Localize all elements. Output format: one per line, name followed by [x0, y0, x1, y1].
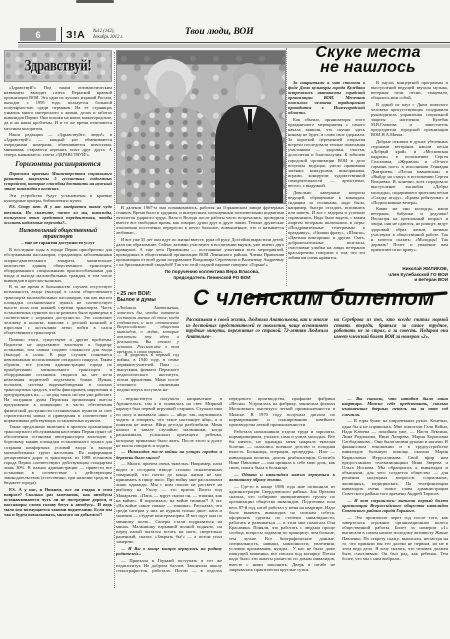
subhead-gorizonty: Горизонты расширяются — [4, 160, 112, 168]
subhead-transport-tail: – еще не гарантия доступности услуг — [4, 240, 112, 245]
kicker-line2: Былое и думы — [117, 297, 179, 303]
subhead-transport: Низкопольный общественный транспорт — [4, 228, 112, 240]
paragraph-ps2: P.S. А у нас, в Нижнем, все ли гладко в … — [4, 487, 112, 517]
signature-together: По поручению коллектива Вера Власова, пр… — [140, 269, 284, 280]
newspaper-logo: З!А — [66, 29, 85, 41]
article-bored-body: За накрытыми к чаю столами в фойе Дома к… — [288, 80, 448, 264]
masthead-banner: Здравствуй! — [4, 50, 112, 82]
article-together-body: В далеком 1967-м они познакомились, рабо… — [116, 205, 284, 268]
column-separator-right — [286, 48, 287, 286]
photo-woman-body — [125, 107, 217, 203]
interview-question: — И Вы в конце концов вернулись на родин… — [116, 546, 222, 556]
article-ticket-body: …пединститута получила направление в Арх… — [116, 396, 448, 634]
issue-info: №12 (142), декабрь 2012 г. — [93, 29, 123, 41]
paragraph: «Здравствуй!» Под таким оптимистическим … — [4, 85, 112, 131]
paragraph: Какие же они молодцы, наши ветераны, баб… — [371, 206, 448, 252]
paragraph: — И горы бумаг на широченных руках. Коне… — [342, 418, 448, 496]
paragraph: В одной из пауз с Днем пожилого человека… — [371, 102, 448, 137]
paragraph: Довольно каверзные вопросы ведущей, обра… — [288, 190, 365, 261]
paragraph-lead: За накрытыми к чаю столами в фойе Дома к… — [288, 80, 365, 115]
photo-man-face — [236, 74, 262, 107]
headline-bored-line2: не нашлось — [288, 60, 448, 75]
paragraph: Наши редакции — «Здравствуйте, люди!» и … — [4, 132, 112, 157]
interview-question-intro: «Людмила Анатольевна, хотелось бы, чтобы… — [117, 306, 179, 354]
page-number: 6 — [35, 30, 40, 40]
article-zdravstvuy: Здравствуй! «Здравствуй!» Под таким опти… — [4, 50, 112, 590]
signature-line: и ветеран ВОИ — [330, 277, 448, 283]
paragraph: Эти устройства будут установлены в краев… — [4, 193, 112, 203]
masthead-title: Здравствуй! — [25, 57, 92, 74]
paragraph: …пединститута получила направление в Арх… — [116, 396, 222, 448]
paragraph: В то же время в большинстве случаев отсу… — [4, 284, 112, 335]
interview-answer-start: — Я родилась в первый год войны, в 1940 … — [117, 352, 179, 394]
page-number-box: 6 — [20, 28, 56, 41]
column-separator-left — [114, 52, 115, 588]
interview-question: — И вот свершилось: выписан первый билет… — [342, 498, 448, 514]
paragraph: И вот уже 55 лет они идут по жизни вмест… — [116, 237, 284, 267]
paragraph: Также предложено включить в проекты орга… — [4, 424, 112, 485]
couple-photo: Вместе по жизни — [116, 50, 286, 204]
paragraph-ps: P.S. Спору нет. И у нас внедряется такое… — [4, 204, 112, 224]
paragraph: — Я родилась в первый год войны, в 1940 … — [117, 352, 179, 393]
paragraph: Помимо этого, существуют и другие пробле… — [4, 337, 112, 423]
interview-question: — Инвалидов после войны на улицах городо… — [116, 449, 222, 459]
issue-date: декабрь 2012 г. — [93, 35, 123, 41]
signature-bored: Николай ЖИЛИКОВ, член Кулебакской ГО ВОИ… — [330, 266, 448, 283]
interview-question: — Вы сказали, что штабом была ваша кварт… — [342, 396, 448, 417]
paragraph: Как обычно, организаторы этого праздничн… — [288, 117, 365, 188]
headline-bored-line1: Скуке места — [288, 45, 448, 60]
interview-question: — Однако и инвалидам важно вернуться к а… — [229, 472, 335, 482]
kicker-25-let-voi: • 25 лет ВОИ: Былое и думы — [117, 291, 179, 304]
paragraph: — Много, причем очень тяжелых. Например,… — [116, 461, 222, 544]
header-divider — [61, 27, 62, 42]
signature-line: председатель Ленинской РО ВОИ — [140, 275, 284, 281]
paragraph: В далеком 1967-м они познакомились, рабо… — [116, 205, 284, 235]
photo-man-tie — [248, 109, 252, 130]
paragraph-lead: Пермским краевым Министерством социально… — [4, 171, 112, 191]
paragraph: — Где-то в конце 1986 года мне позвонили… — [229, 484, 335, 572]
scan-artifact — [76, 0, 114, 3]
section-title: Твои люди, ВОИ — [185, 27, 254, 37]
headline-bored: Скуке места не нашлось — [288, 45, 448, 75]
ticket-lead-col1: Рассказывая о своей жизни, Людмила Анато… — [186, 318, 328, 341]
ticket-lead-col2: на Сереброва из тех, кто всегда считал н… — [334, 318, 448, 341]
paragraph: Работала начальником отдела труда и зарп… — [229, 429, 335, 471]
paragraph: В последние годы в городе Перми приобрет… — [4, 247, 112, 282]
headline-ticket: С членским билетом — [180, 287, 448, 309]
paragraph: Добрые отклики в душах убеленных сединам… — [371, 139, 448, 205]
header-rule — [18, 42, 450, 43]
newspaper-page: 6 З!А №12 (142), декабрь 2012 г. Твои лю… — [0, 0, 450, 639]
photo-woman-face — [156, 71, 186, 108]
paragraph: В паузах концертной программы и выступле… — [371, 80, 448, 100]
paragraph: — Это произошло через год после того, ка… — [342, 515, 448, 562]
